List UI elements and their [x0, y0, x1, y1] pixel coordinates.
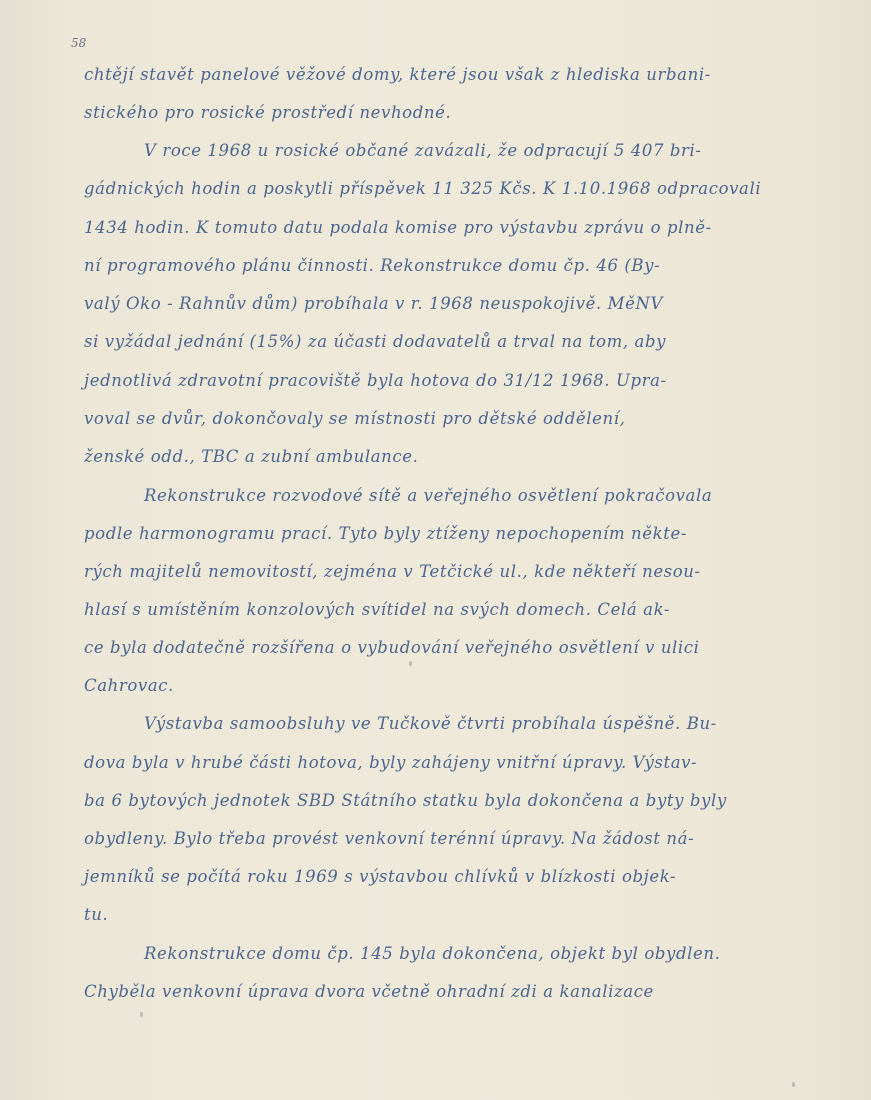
text-line: ní programového plánu činnosti. Rekonstr… [84, 255, 804, 277]
text-line: voval se dvůr, dokončovaly se místnosti … [84, 408, 804, 430]
text-line: ce byla dodatečně rozšířena o vybudování… [84, 637, 804, 659]
text-line: Výstavba samoobsluhy ve Tučkově čtvrti p… [144, 713, 864, 735]
text-line: dova byla v hrubé části hotova, byly zah… [84, 752, 804, 774]
text-line: hlasí s umístěním konzolových svítidel n… [84, 599, 804, 621]
text-line: Chyběla venkovní úprava dvora včetně ohr… [84, 981, 804, 1003]
manuscript-page: 58 chtějí stavět panelové věžové domy, k… [0, 0, 871, 1100]
paper-speck [792, 1082, 795, 1087]
text-line: gádnických hodin a poskytli příspěvek 11… [84, 178, 804, 200]
paper-speck [409, 661, 412, 666]
text-line: jemníků se počítá roku 1969 s výstavbou … [84, 866, 804, 888]
page-number: 58 [71, 36, 86, 50]
paper-speck [140, 1012, 143, 1017]
text-line: Rekonstrukce domu čp. 145 byla dokončena… [144, 943, 864, 965]
text-line: tu. [84, 904, 804, 926]
text-line: podle harmonogramu prací. Tyto byly ztíž… [84, 523, 804, 545]
text-line: ba 6 bytových jednotek SBD Státního stat… [84, 790, 804, 812]
text-line: si vyžádal jednání (15%) za účasti dodav… [84, 331, 804, 353]
text-line: 1434 hodin. K tomuto datu podala komise … [84, 217, 804, 239]
text-line: Cahrovac. [84, 675, 804, 697]
text-line: Rekonstrukce rozvodové sítě a veřejného … [144, 485, 864, 507]
text-line: V roce 1968 u rosické občané zavázali, ž… [144, 140, 864, 162]
text-line: chtějí stavět panelové věžové domy, kter… [84, 64, 804, 86]
text-line: stického pro rosické prostředí nevhodné. [84, 102, 804, 124]
text-line: rých majitelů nemovitostí, zejména v Tet… [84, 561, 804, 583]
text-line: obydleny. Bylo třeba provést venkovní te… [84, 828, 804, 850]
text-line: ženské odd., TBC a zubní ambulance. [84, 446, 804, 468]
text-line: valý Oko - Rahnův dům) probíhala v r. 19… [84, 293, 804, 315]
text-line: jednotlivá zdravotní pracoviště byla hot… [84, 370, 804, 392]
